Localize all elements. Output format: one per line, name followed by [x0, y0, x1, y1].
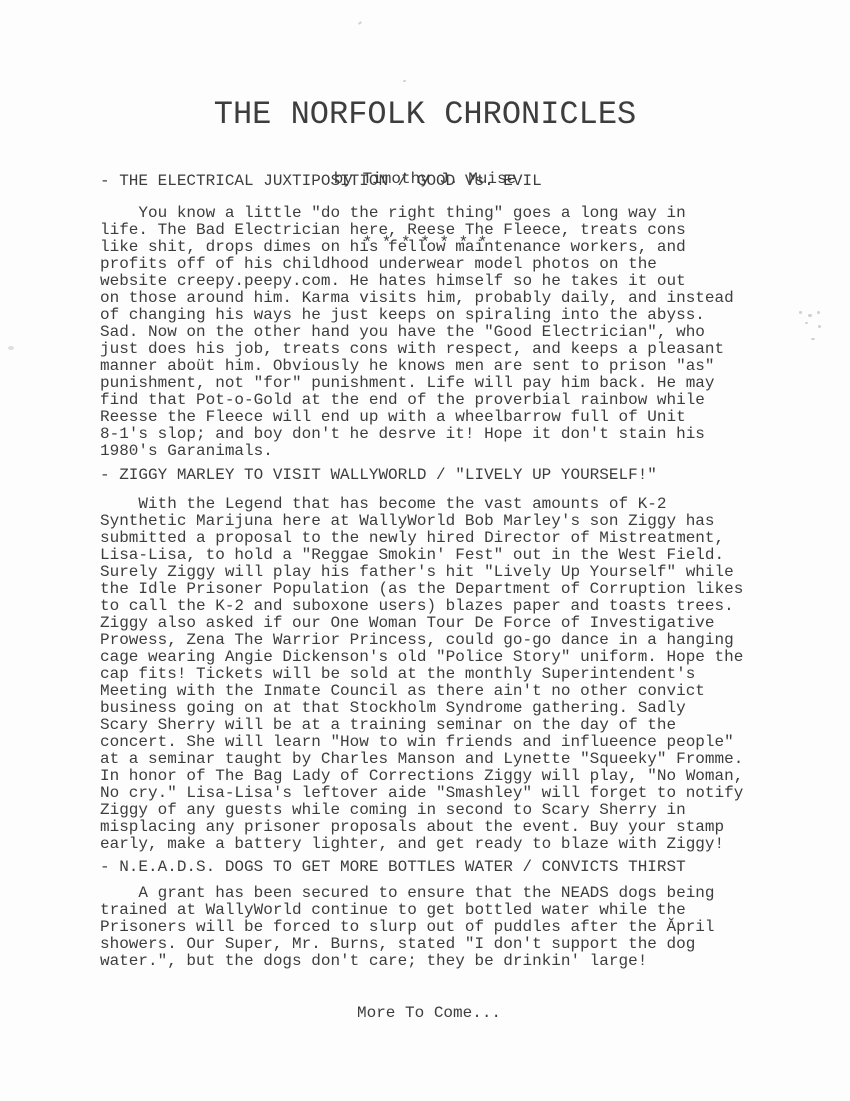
section-body-ziggy-marley: With the Legend that has become the vast…: [100, 496, 743, 853]
scan-artifact: [403, 80, 406, 82]
section-heading-neads-dogs: - N.E.A.D.S. DOGS TO GET MORE BOTTLES WA…: [100, 859, 686, 876]
scan-artifact: [799, 311, 802, 314]
scan-artifact: [805, 322, 808, 324]
scan-artifact: [358, 21, 362, 25]
scan-artifact: [808, 314, 812, 317]
scan-artifact: [8, 346, 14, 350]
footer-more-to-come: More To Come...: [357, 1005, 501, 1022]
section-body-neads-dogs: A grant has been secured to ensure that …: [100, 885, 715, 970]
section-body-electrical-juxtiposition: You know a little "do the right thing" g…: [100, 205, 734, 460]
scan-artifact: [811, 338, 815, 340]
document-page: THE NORFOLK CHRONICLES by Timothy J. Mui…: [0, 0, 850, 1101]
document-title: THE NORFOLK CHRONICLES: [0, 104, 850, 126]
section-heading-ziggy-marley: - ZIGGY MARLEY TO VISIT WALLYWORLD / "LI…: [100, 467, 657, 484]
section-heading-electrical-juxtiposition: - THE ELECTRICAL JUXTIPOSITION / GOOD Vs…: [100, 173, 542, 190]
scan-artifact: [818, 325, 821, 328]
scan-artifact: [817, 311, 820, 314]
